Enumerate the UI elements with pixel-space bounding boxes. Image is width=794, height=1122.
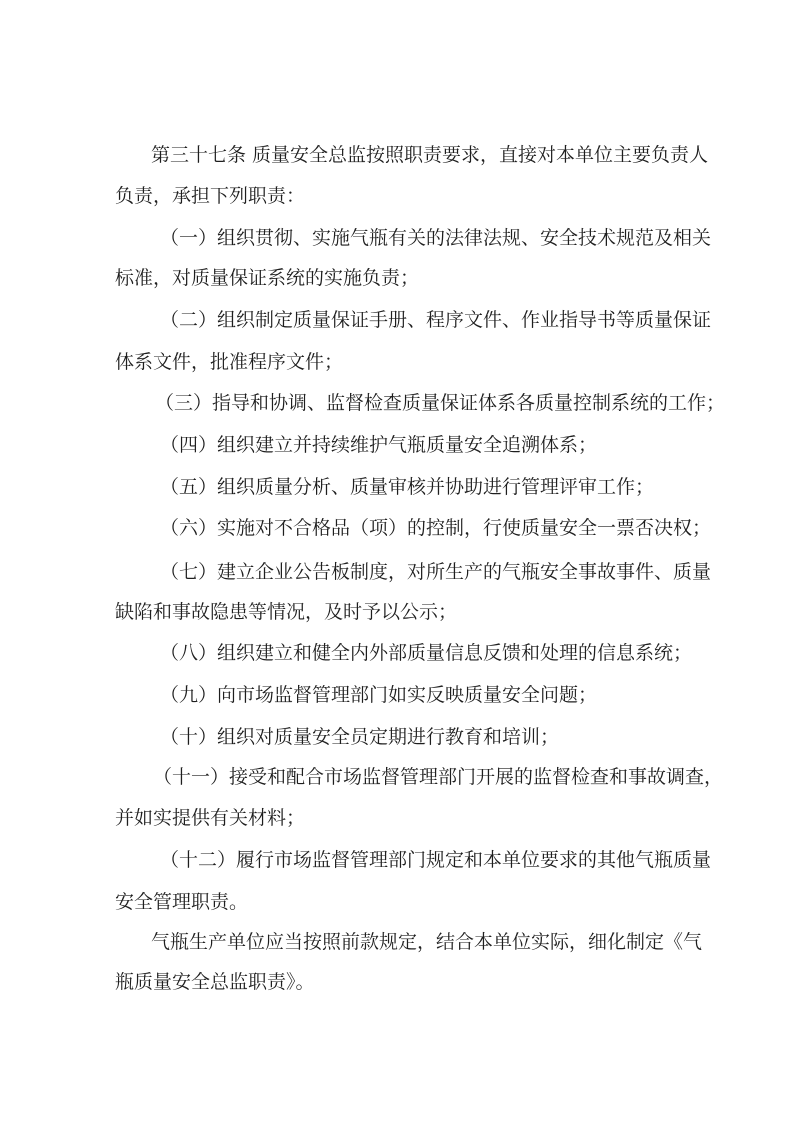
list-item-2-line-1: （二）组织制定质量保证手册、程序文件、作业指导书等质量保证 [160,308,698,332]
list-item-2-line-2: 体系文件，批准程序文件； [115,350,343,374]
list-item-12-line-1: （十二）履行市场监督管理部门规定和本单位要求的其他气瓶质量 [160,848,698,872]
list-item-5-line-1: （五）组织质量分析、质量审核并协助进行管理评审工作； [160,475,654,499]
list-item-11-line-1: （十一）接受和配合市场监督管理部门开展的监督检查和事故调查， [153,765,698,789]
list-item-7-line-2: 缺陷和事故隐患等情况，及时予以公示； [115,600,457,624]
list-item-1-line-2: 标准，对质量保证系统的实施负责； [115,266,419,290]
document-page: 第三十七条 质量安全总监按照职责要求，直接对本单位主要负责人 负责，承担下列职责… [0,0,794,1122]
closing-paragraph-line-1: 气瓶生产单位应当按照前款规定，结合本单位实际，细化制定《气 [151,930,698,954]
list-item-11-line-2: 并如实提供有关材料； [115,806,305,830]
list-item-1-line-1: （一）组织贯彻、实施气瓶有关的法律法规、安全技术规范及相关 [160,226,698,250]
list-item-7-line-1: （七）建立企业公告板制度，对所生产的气瓶安全事故事件、质量 [160,560,698,584]
list-item-12-line-2: 安全管理职责。 [115,890,248,914]
list-item-4-line-1: （四）组织建立并持续维护气瓶质量安全追溯体系； [160,433,597,457]
list-item-10-line-1: （十）组织对质量安全员定期进行教育和培训； [160,725,559,749]
list-item-6-line-1: （六）实施对不合格品（项）的控制，行使质量安全一票否决权； [160,516,711,540]
article-heading-continuation: 负责，承担下列职责： [115,184,305,208]
article-heading-line: 第三十七条 质量安全总监按照职责要求，直接对本单位主要负责人 [151,143,698,167]
closing-paragraph-line-2: 瓶质量安全总监职责》。 [115,970,315,994]
list-item-8-line-1: （八）组织建立和健全内外部质量信息反馈和处理的信息系统； [160,641,692,665]
list-item-3-line-1: （三）指导和协调、监督检查质量保证体系各质量控制系统的工作； [155,391,692,415]
list-item-9-line-1: （九）向市场监督管理部门如实反映质量安全问题； [160,683,597,707]
